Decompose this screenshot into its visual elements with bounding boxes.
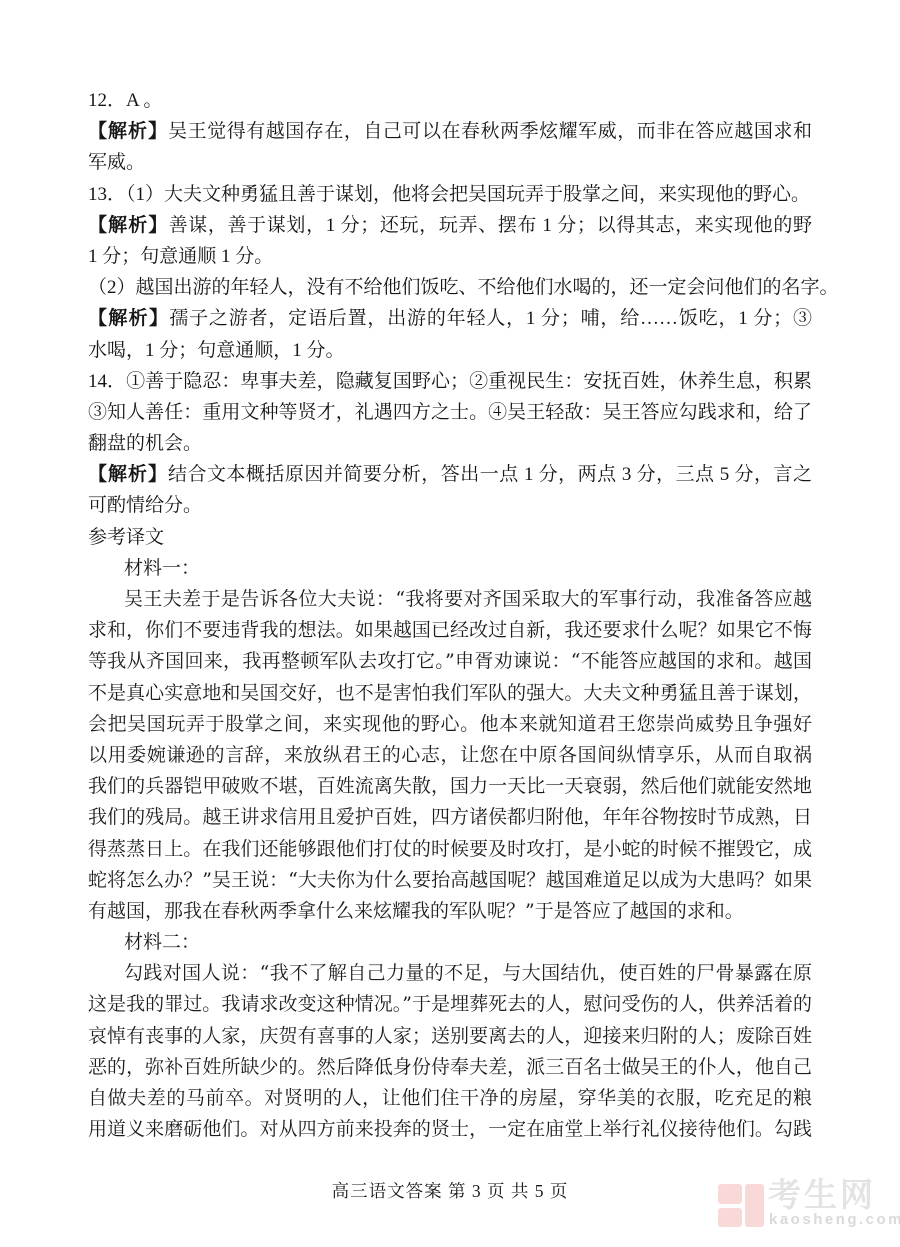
- text-line: 我们的兵器铠甲破败不堪，百姓流离失散，国力一天比一天衰弱，然后他们就能安然地接收: [88, 771, 812, 802]
- text-line: 水喝，1 分；句意通顺，1 分。: [88, 335, 812, 366]
- text-line: 材料二：: [88, 927, 812, 958]
- text-line: 勾践对国人说：“我不了解自己力量的不足，与大国结仇，使百姓的尸骨暴露在原野上，: [88, 958, 812, 989]
- text-line: 蛇将怎么办？”吴王说：“大夫你为什么要抬高越国呢？越国难道足以成为大患吗？如果没: [88, 865, 812, 896]
- text-line: 恶的，弥补百姓所缺少的。然后降低身份侍奉夫差，派三百名士做吴王的仆人，他自己还亲: [88, 1052, 812, 1083]
- text-line: 有越国，那我在春秋两季拿什么来炫耀我的军队呢？”于是答应了越国的求和。: [88, 896, 812, 927]
- text-line: 吴王夫差于是告诉各位大夫说：“我将要对齐国采取大的军事行动，我准备答应越国的: [88, 584, 812, 615]
- text-line: 等我从齐国回来，我再整顿军队去攻打它。”申胥劝谏说：“不能答应越国的求和。越国并: [88, 646, 812, 677]
- text-line: 哀悼有丧事的人家，庆贺有喜事的人家；送别要离去的人，迎接来归附的人；废除百姓所厌: [88, 1021, 812, 1052]
- text-line: 【解析】结合文本概括原因并简要分析，答出一点 1 分，两点 3 分，三点 5 分…: [88, 459, 812, 490]
- text-line: 这是我的罪过。我请求改变这种情况。”于是埋葬死去的人，慰问受伤的人，供养活着的人…: [88, 989, 812, 1020]
- text-line: 【解析】善谋，善于谋划，1 分；还玩，玩弄、摆布 1 分；以得其志，来实现他的野…: [88, 210, 812, 241]
- answer-sheet-page: 12．A 。【解析】吴王觉得有越国存在，自己可以在春秋两季炫耀军威，而非在答应越…: [0, 0, 900, 1247]
- analysis-label: 【解析】: [88, 308, 169, 329]
- text-line: 12．A 。: [88, 85, 812, 116]
- text-line: 我们的残局。越王讲求信用且爱护百姓，四方诸侯都归附他，年年谷物按时节成熟，日子过: [88, 802, 812, 833]
- text-line: 13．（1）大夫文种勇猛且善于谋划，他将会把吴国玩弄于股掌之间，来实现他的野心。: [88, 179, 812, 210]
- text-line: 自做夫差的马前卒。对贤明的人，让他们住干净的房屋，穿华美的衣服，吃充足的粮食，并: [88, 1083, 812, 1114]
- watermark-site-name: 考生网: [768, 1178, 876, 1212]
- text-line: 14．①善于隐忍：卑事夫差，隐藏复国野心；②重视民生：安抚百姓，休养生息，积累国…: [88, 366, 812, 397]
- text-line: 用道义来磨砺他们。对从四方前来投奔的贤士，一定在庙堂上举行礼仪接待他们。勾践还亲: [88, 1114, 812, 1145]
- text-line: 可酌情给分。: [88, 490, 812, 521]
- text-line: 军威。: [88, 147, 812, 178]
- analysis-label: 【解析】: [88, 464, 168, 485]
- text-line: 以用委婉谦逊的言辞，来放纵君王的心志，让您在中原各国间纵情享乐，从而自取祸殃。让: [88, 740, 812, 771]
- text-line: 【解析】吴王觉得有越国存在，自己可以在春秋两季炫耀军威，而非在答应越国求和时炫耀: [88, 116, 812, 147]
- analysis-label: 【解析】: [88, 215, 169, 236]
- text-line: 求和，你们不要违背我的想法。如果越国已经改过自新，我还要求什么呢？如果它不悔改，: [88, 615, 812, 646]
- text-line: （2）越国出游的年轻人，没有不给他们饭吃、不给他们水喝的，还一定会问他们的名字。: [88, 272, 812, 303]
- text-line: 不是真心实意地和吴国交好，也不是害怕我们军队的强大。大夫文种勇猛且善于谋划，他将: [88, 678, 812, 709]
- text-line: 会把吴国玩弄于股掌之间，来实现他的野心。他本来就知道君王您崇尚威势且争强好胜，所: [88, 709, 812, 740]
- text-line: 【解析】孺子之游者，定语后置，出游的年轻人，1 分；哺，给……饭吃，1 分；③饮…: [88, 303, 812, 334]
- kaosheng-logo-icon: [718, 1208, 742, 1227]
- text-line: 材料一：: [88, 553, 812, 584]
- text-line: 1 分；句意通顺 1 分。: [88, 241, 812, 272]
- kaosheng-watermark: 考生网 kaosheng.com: [716, 1178, 886, 1233]
- text-line: 得蒸蒸日上。在我们还能够跟他们打仗的时候要及时攻打，是小蛇的时候不摧毁它，成为大: [88, 834, 812, 865]
- watermark-site-domain: kaosheng.com: [769, 1212, 900, 1228]
- kaosheng-logo-icon: [745, 1184, 764, 1227]
- text-line: 参考译文: [88, 522, 812, 553]
- analysis-label: 【解析】: [88, 121, 168, 142]
- text-line: 翻盘的机会。: [88, 428, 812, 459]
- kaosheng-logo-icon: [718, 1184, 742, 1204]
- text-line: ③知人善任：重用文种等贤才，礼遇四方之士。④吴王轻敌：吴王答应勾践求和，给了越国: [88, 397, 812, 428]
- document-body: 12．A 。【解析】吴王觉得有越国存在，自己可以在春秋两季炫耀军威，而非在答应越…: [88, 85, 812, 1145]
